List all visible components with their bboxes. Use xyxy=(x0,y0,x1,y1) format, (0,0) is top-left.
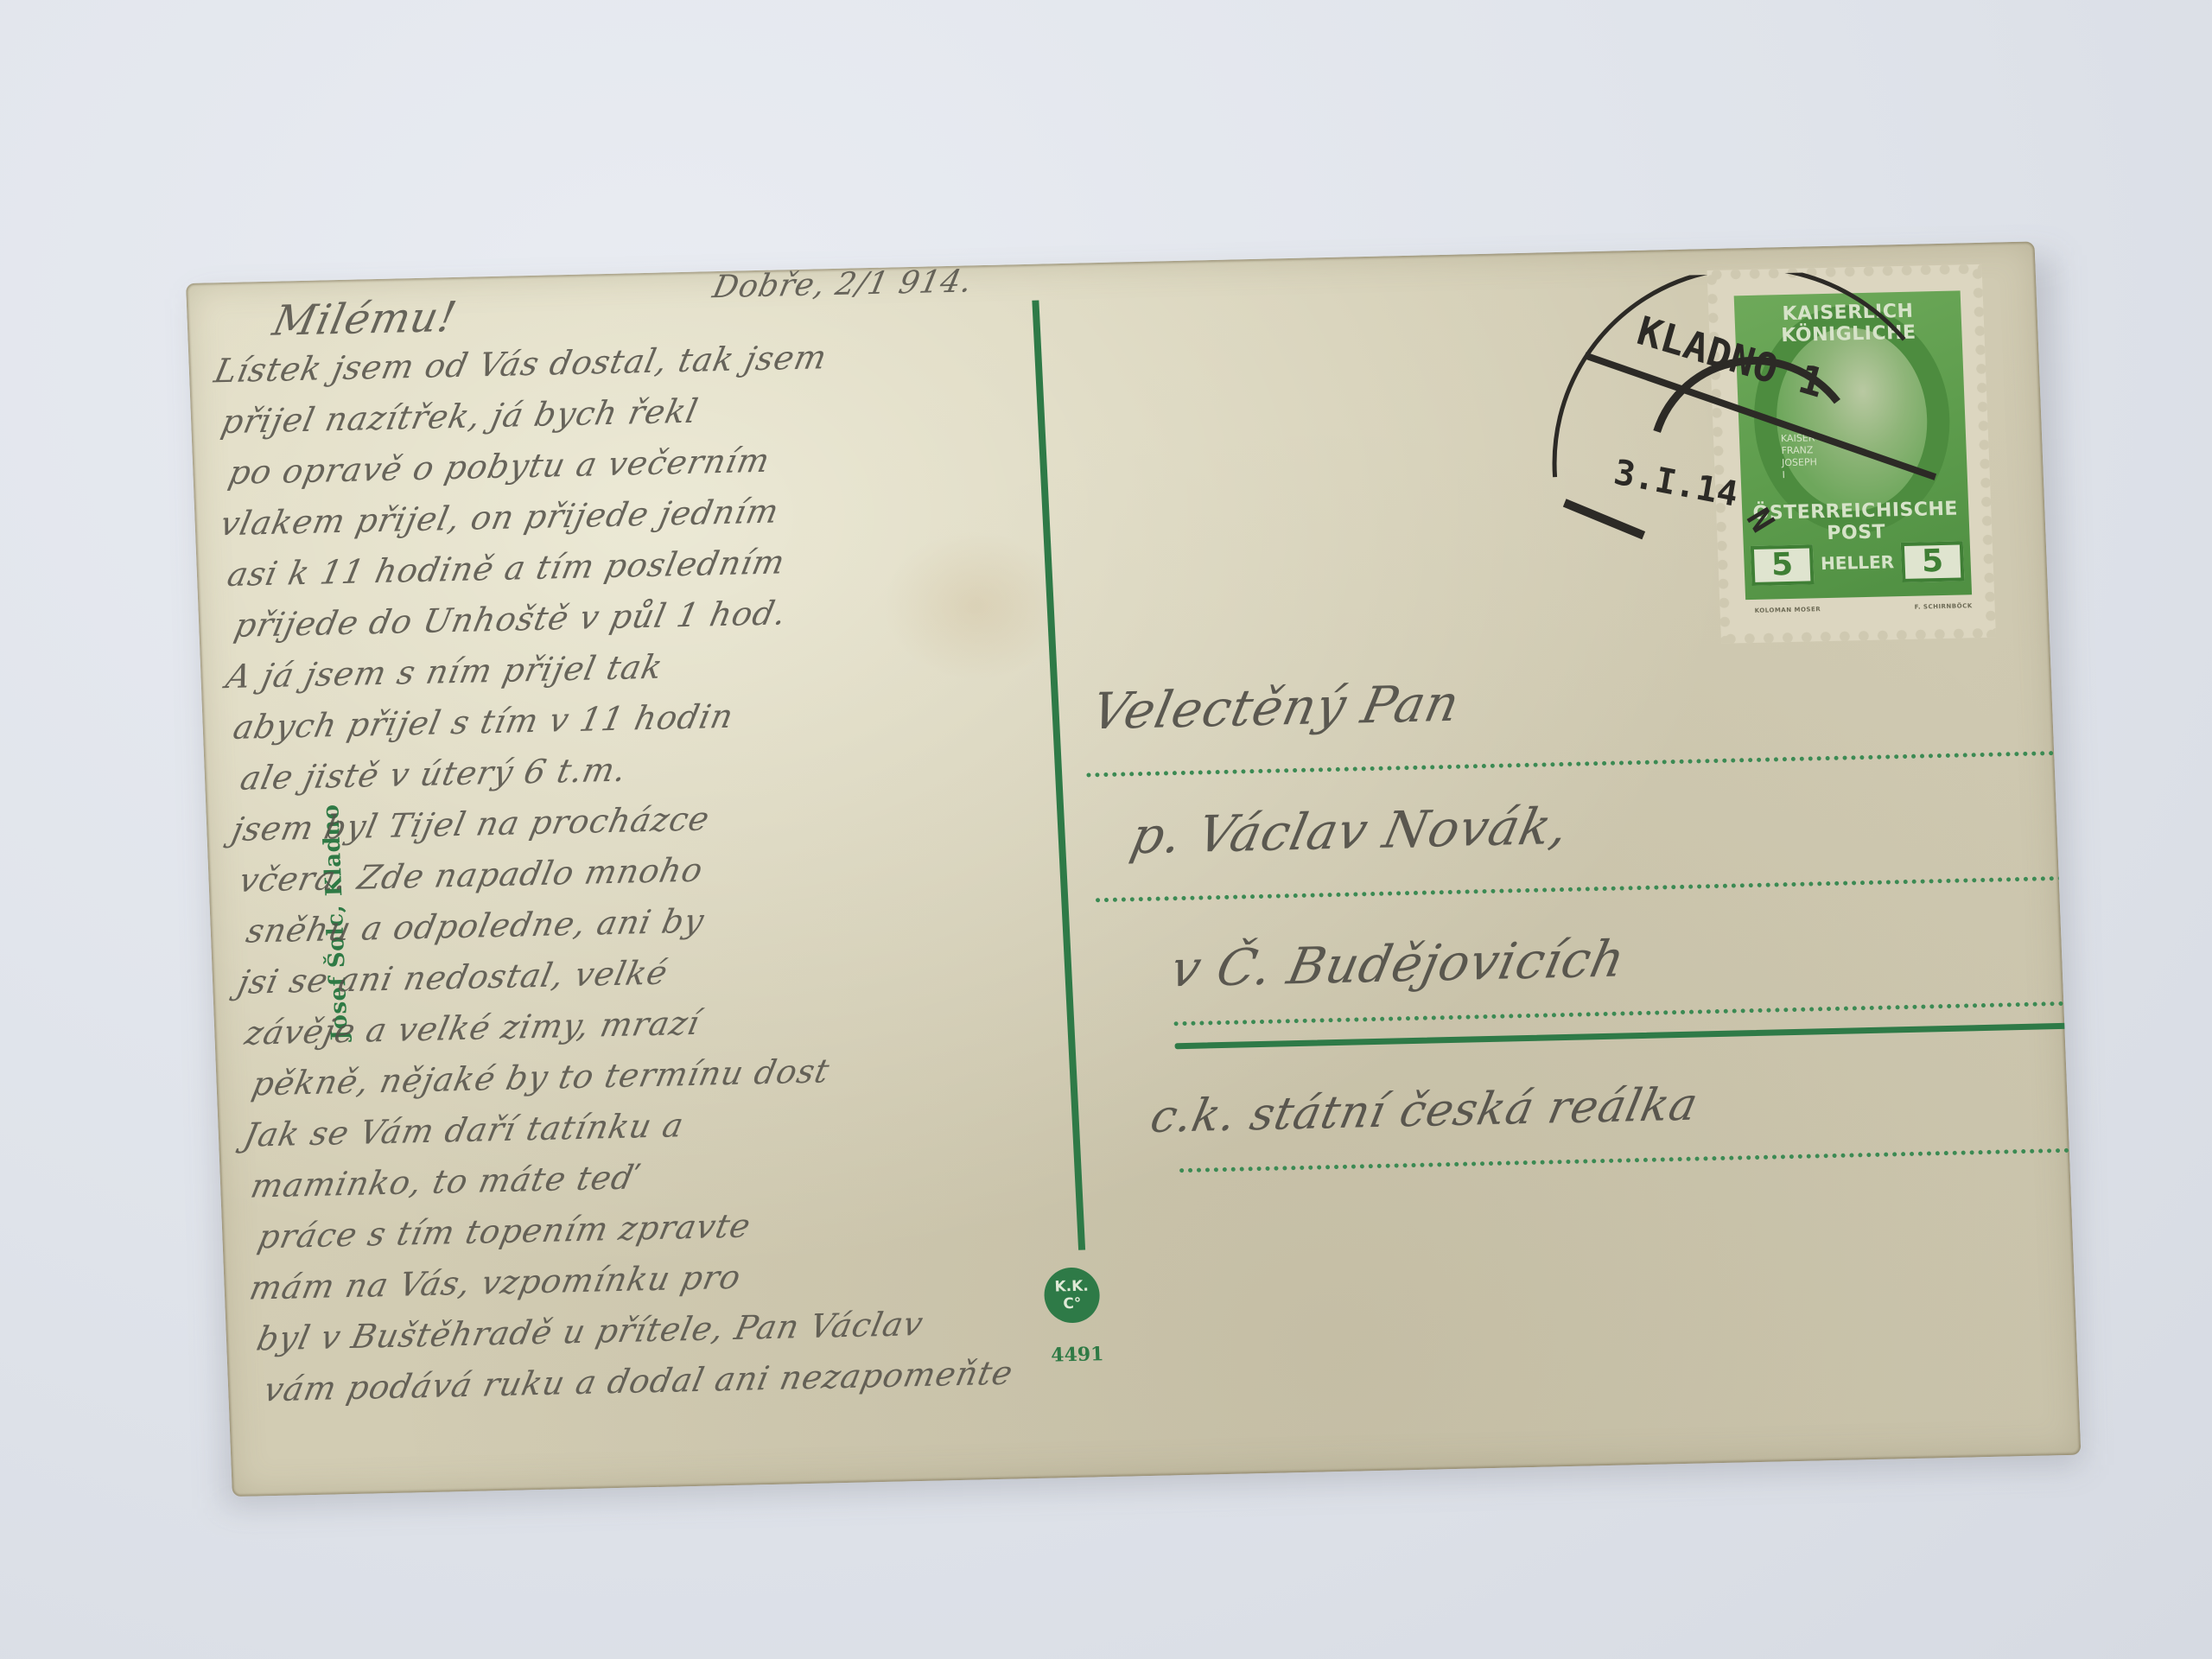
message-line: přijede do Unhoště v půl 1 hod. xyxy=(232,594,791,645)
message-line: pěkně, nějaké by to termínu dost xyxy=(249,1052,833,1103)
address-recipient-title: Velectěný Pan xyxy=(1086,674,1465,741)
stamp-denomination-left: 5 xyxy=(1751,544,1815,586)
address-recipient-name: p. Václav Novák, xyxy=(1126,797,1574,866)
stamp-inscription-bottom: ÖSTERREICHISCHE POST xyxy=(1742,498,1970,546)
message-line: A já jsem s ním přijel tak xyxy=(223,647,666,696)
address-line-4 xyxy=(1179,1147,2081,1173)
message-line: včera. Zde napadlo mnoho xyxy=(236,850,707,899)
message-salutation: Milému! xyxy=(269,293,461,346)
serial-number: 4491 xyxy=(1051,1343,1104,1366)
address-underline xyxy=(1174,1022,2081,1049)
message-line: maminko, to máte teď xyxy=(248,1158,638,1205)
seal-line1: K.K. xyxy=(1054,1278,1089,1296)
postcard: Josef Šolc, Kladno Dobře, 2/1 914. Milém… xyxy=(186,241,2081,1497)
stamp-inscription-top: KAISERLICH KÖNIGLICHE xyxy=(1734,299,1962,347)
divider-line xyxy=(1032,301,1085,1250)
message-line: asi k 11 hodině a tím posledním xyxy=(224,543,789,594)
message-line: práce s tím topením zpravte xyxy=(255,1206,754,1255)
message-line: vám podává ruku a dodal ani nezapomeňte xyxy=(261,1354,1017,1409)
message-dateline: Dobře, 2/1 914. xyxy=(709,264,976,305)
stamp-design: KAISERLICH KÖNIGLICHE KAISER FRANZ JOSEP… xyxy=(1734,290,1972,600)
message-line: přijel nazítřek, já bych řekl xyxy=(219,391,702,441)
message-line: abych přijel s tím v 11 hodin xyxy=(230,697,737,747)
message-line: Jak se Vám daří tatínku a xyxy=(240,1106,687,1154)
message-line: jsem byl Tijel na procházce xyxy=(229,799,714,849)
message-line: vlakem přijel, on přijede jedním xyxy=(217,492,783,543)
address-line-1 xyxy=(1086,751,2071,778)
address-city: v Č. Budějovicích xyxy=(1166,929,1630,998)
message-line: po opravě o pobytu a večerním xyxy=(226,442,774,492)
address-line-2 xyxy=(1096,875,2081,902)
message-line: mám na Vás, vzpomínku pro xyxy=(246,1258,745,1307)
seal-line2: C° xyxy=(1063,1295,1082,1313)
message-line: závěje a velké zimy, mrazí xyxy=(242,1004,703,1052)
stamp-engraver-imprint: F. SCHIRNBÖCK xyxy=(1914,602,1972,611)
message-line: jsi se ani nedostal, velké xyxy=(234,953,671,1001)
kk-seal-icon: K.K. C° xyxy=(1043,1267,1100,1323)
message-line: byl v Buštěhradě u přítele, Pan Václav xyxy=(253,1305,927,1358)
address-line-3 xyxy=(1173,1001,2081,1026)
stamp-portrait-caption: KAISER FRANZ JOSEPH I xyxy=(1781,432,1818,481)
address-institution: c.k. státní česká reálka xyxy=(1146,1078,1702,1143)
stamp-denomination-right: 5 xyxy=(1901,541,1965,582)
message-line: sněhu a odpoledne, ani by xyxy=(243,901,708,950)
stamp-currency: HELLER xyxy=(1818,551,1897,574)
message-line: Lístek jsem od Vás dostal, tak jsem xyxy=(211,338,830,390)
message-line: ale jistě v úterý 6 t.m. xyxy=(237,750,630,797)
